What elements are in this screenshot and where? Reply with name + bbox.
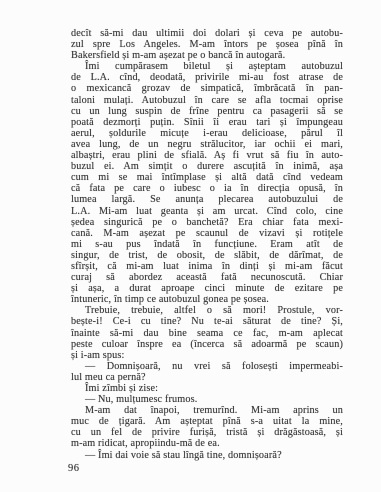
text-line: muc de țigară. Am așteptat pînă s-a uita…	[71, 416, 343, 427]
text-line: ședea singurică pe o banchetă? Era chiar…	[71, 217, 343, 228]
text-block: decît să-mi dau ultimii doi dolari și ce…	[71, 28, 343, 461]
text-line: buzul ei. Am simțit o durere ascuțită în…	[71, 161, 343, 172]
text-line: avea lung, de un negru strălucitor, iar …	[71, 139, 343, 150]
text-line: cum mi se mai întîmplase și altă dată cî…	[71, 172, 343, 183]
text-line: M-am dat înapoi, tremurînd. Mi-am aprins…	[71, 405, 343, 416]
text-line: bește-i! Ce-i cu tine? Nu te-ai săturat …	[71, 316, 343, 327]
text-line: mi s-au pus îndată în funcțiune. Eram at…	[71, 239, 343, 250]
text-line: și i-am spus:	[71, 350, 343, 361]
text-line: Îmi cumpărasem biletul și așteptam autob…	[71, 61, 343, 72]
text-line: m-am ridicat, apropiindu-mă de ea.	[71, 438, 343, 449]
text-line: — Îmi dai voie să stau lîngă tine, domni…	[71, 450, 343, 461]
text-line: poată dezmorți puțin. Sînii îi erau tari…	[71, 117, 343, 128]
text-line: o mexicancă grozav de simpatică, îmbrăca…	[71, 83, 343, 94]
page-number: 96	[68, 463, 80, 475]
text-line: peste culoar înspre ea (încerca să adoar…	[71, 339, 343, 350]
text-line: cu un fel de privire furișă, tristă și d…	[71, 427, 343, 438]
text-line: întuneric, în timp ce autobuzul gonea pe…	[71, 294, 343, 305]
text-line: lul meu ca pernă?	[71, 372, 343, 383]
text-line: curaj să abordez această fată necunoscut…	[71, 272, 343, 283]
text-line: singur, de trist, de obosit, de slăbit, …	[71, 250, 343, 261]
text-line: Bakersfield și m-am așezat pe o bancă în…	[71, 50, 343, 61]
text-line: cană. M-am așezat pe scaunul de vizavi ș…	[71, 228, 343, 239]
book-page: decît să-mi dau ultimii doi dolari și ce…	[0, 0, 381, 492]
text-line: de L.A. cînd, deodată, privirile mi-au f…	[71, 72, 343, 83]
text-line: albaștri, erau plini de sfială. Aș fi vr…	[71, 150, 343, 161]
text-line: și așa, a durat aproape cinci minute de …	[71, 283, 343, 294]
text-line: Trebuie, trebuie, altfel o să mori! Pros…	[71, 305, 343, 316]
text-line: decît să-mi dau ultimii doi dolari și ce…	[71, 28, 343, 39]
text-line: — Nu, mulțumesc frumos.	[71, 394, 343, 405]
text-line: cu un lung suspin de frîne pentru ca pas…	[71, 106, 343, 117]
text-line: lumea largă. Se anunța plecarea autobuzu…	[71, 194, 343, 205]
text-line: Îmi zîmbi și zise:	[71, 383, 343, 394]
text-line: — Domnișoară, nu vrei să folosești imper…	[71, 361, 343, 372]
text-line: sfîrșit, că mi-am luat inima în dinți și…	[71, 261, 343, 272]
text-line: că fata pe care o iubesc o ia în direcți…	[71, 183, 343, 194]
text-line: zul spre Los Angeles. M-am întors pe șos…	[71, 39, 343, 50]
text-line: înainte să-mi dau bine seama ce fac, m-a…	[71, 328, 343, 339]
text-line: L.A. Mi-am luat geanta și am urcat. Cînd…	[71, 206, 343, 217]
text-line: taloni mulați. Autobuzul în care se afla…	[71, 95, 343, 106]
text-line: aerul, șoldurile micuțe i-erau delicioas…	[71, 128, 343, 139]
